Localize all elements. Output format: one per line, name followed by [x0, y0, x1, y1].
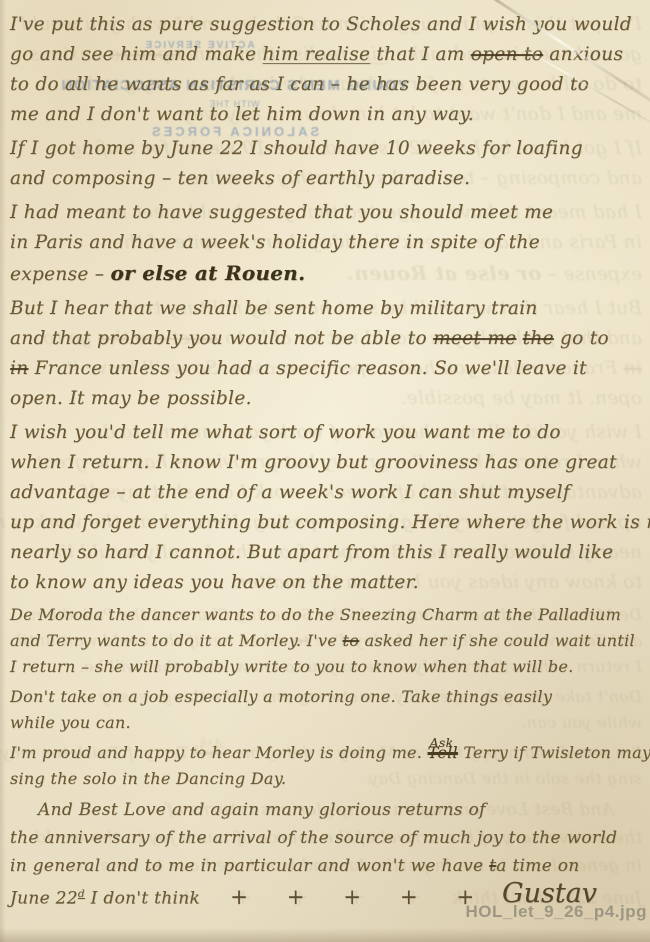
letter-line: I'm proud and happy to hear Morley is do… [10, 740, 642, 766]
letter-line: De Moroda the dancer wants to do the Sne… [10, 602, 642, 628]
letter-line: I had meant to have suggested that you s… [10, 198, 642, 228]
letter-line: and Terry wants to do it at Morley. I've… [10, 628, 642, 654]
paper-edge [0, 928, 650, 942]
letter-line: Don't take on a job especially a motorin… [10, 684, 642, 710]
letter-line: in general and to me in particular and w… [10, 852, 642, 880]
paper-edge [0, 0, 6, 942]
letter-line: And Best Love and again many glorious re… [10, 796, 642, 824]
letter-line: go and see him and make him realise that… [10, 40, 642, 70]
letter-body: I've put this as pure suggestion to Scho… [10, 10, 642, 917]
letter-line: me and I don't want to let him down in a… [10, 100, 642, 130]
letter-line: in Paris and have a week's holiday there… [10, 228, 642, 258]
letter-line: to do all he wants as far as I can – he … [10, 70, 642, 100]
letter-line: when I return. I know I'm groovy but gro… [10, 448, 642, 478]
letter-line: sing the solo in the Dancing Day. [10, 766, 642, 792]
letter-line: advantage – at the end of a week's work … [10, 478, 642, 508]
letter-line: open. It may be possible. [10, 384, 642, 414]
letter-line: up and forget everything but composing. … [10, 508, 642, 538]
letter-line: expense – or else at Rouen. [10, 258, 642, 290]
letter-line: and that probably you would not be able … [10, 324, 642, 354]
letter-line: to know any ideas you have on the matter… [10, 568, 642, 598]
letter-line: nearly so hard I cannot. But apart from … [10, 538, 642, 568]
letter-line: in France unless you had a specific reas… [10, 354, 642, 384]
letter-line: the anniversary of the arrival of the so… [10, 824, 642, 852]
letter-line: and composing – ten weeks of earthly par… [10, 164, 642, 194]
letter-line: But I hear that we shall be sent home by… [10, 294, 642, 324]
letter-line: If I got home by June 22 I should have 1… [10, 134, 642, 164]
letter-line: I wish you'd tell me what sort of work y… [10, 418, 642, 448]
letter-page: ACTIVE SERVICE YOUNG MEN'S CHRISTIAN ASS… [0, 0, 650, 942]
letter-line: while you can. [10, 710, 642, 736]
letter-line: I return – she will probably write to yo… [10, 654, 642, 680]
signature: Gustav [502, 878, 597, 909]
